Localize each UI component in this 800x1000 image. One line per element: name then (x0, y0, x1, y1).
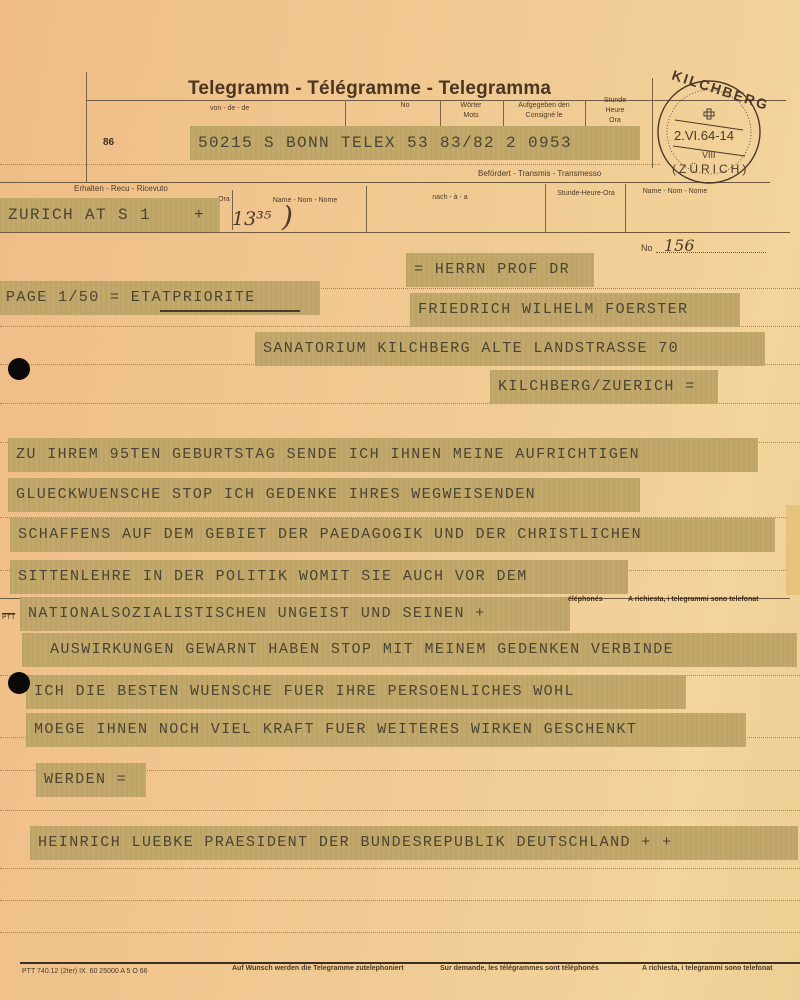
footer-fr: Sur demande, les télégrammes sont téléph… (440, 965, 599, 972)
received-mark: + (194, 206, 205, 224)
label-hour-2: Stunde-Heure-Ora (548, 189, 624, 199)
dotted-rule (0, 164, 660, 165)
form-left-border (86, 72, 87, 182)
body-line-6: AUSWIRKUNGEN GEWARNT HABEN STOP MIT MEIN… (22, 633, 797, 667)
ruled-line (0, 810, 800, 811)
col-divider (545, 184, 546, 232)
address-line-1: = HERRN PROF DR (406, 253, 594, 287)
form-code: PTT 740.12 (2ter) IX. 60 25000 A 5 O 66 (22, 968, 148, 975)
stamp-region: (ZÜRICH) (672, 162, 749, 176)
label-to: nach - à - a (420, 193, 480, 203)
body-line-8: MOEGE IHNEN NOCH VIEL KRAFT FUER WEITERE… (26, 713, 746, 747)
stamp-date: 2.VI.64-14 (674, 128, 734, 143)
footer-rule (20, 962, 800, 964)
signature-strip: HEINRICH LUEBKE PRAESIDENT DER BUNDESREP… (30, 826, 798, 860)
ruled-line (0, 868, 800, 869)
ptt-mark: PTT (2, 614, 15, 621)
form-right-border (652, 78, 653, 168)
label-words: Wörter Mots (446, 101, 496, 121)
body-line-5: NATIONALSOZIALISTISCHEN UNGEIST UND SEIN… (20, 597, 570, 631)
label-no: No (641, 243, 653, 253)
form-title: Telegramm - Télégramme - Telegramma (188, 78, 551, 100)
body-line-7: ICH DIE BESTEN WUENSCHE FUER IHRE PERSOE… (26, 675, 686, 709)
footer-it: A richiesta, i telegrammi sono telefonat (642, 965, 772, 972)
mid-notice-fr: éléphonés (568, 596, 603, 603)
col-divider (366, 186, 367, 232)
row-number: 86 (103, 137, 114, 148)
col-divider (625, 184, 626, 232)
address-line-3: SANATORIUM KILCHBERG ALTE LANDSTRASSE 70 (255, 332, 765, 366)
ruled-line (0, 932, 800, 933)
body-line-9: WERDEN = (36, 763, 146, 797)
punch-hole (8, 358, 30, 380)
received-line: ZURICH AT S 1 (8, 206, 151, 224)
paper-tear (786, 505, 800, 595)
ruled-line (0, 900, 800, 901)
received-bracket: ) (282, 200, 293, 233)
mid-notice-it: A richiesta, i telegrammi sono telefonat (628, 596, 758, 603)
body-line-2: GLUECKWUENSCHE STOP ICH GEDENKE IHRES WE… (8, 478, 640, 512)
label-from: von - de - de (210, 104, 310, 114)
address-line-4: KILCHBERG/ZUERICH = (490, 370, 718, 404)
label-handed-in: Aufgegeben den Consigné le (505, 101, 583, 121)
received-time: 13³⁵ (232, 208, 271, 230)
stamp-sub: VIII (702, 150, 716, 160)
label-name-2: Name - Nom - Nome (630, 187, 720, 197)
body-line-3: SCHAFFENS AUF DEM GEBIET DER PAEDAGOGIK … (10, 518, 775, 552)
label-sent: Befördert - Transmis - Transmesso (478, 169, 601, 178)
footer-de: Auf Wunsch werden die Telegramme zutelep… (232, 965, 404, 972)
label-received: Erhalten - Recu - Ricevuto (74, 184, 168, 193)
origin-strip: 50215 S BONN TELEX 53 83/82 2 0953 (190, 126, 640, 160)
label-hour: Stunde Heure Ora (590, 96, 640, 126)
label-number: No (380, 101, 430, 111)
address-line-2: FRIEDRICH WILHELM FOERSTER (410, 293, 740, 327)
received-strip: ZURICH AT S 1 + (0, 198, 220, 232)
swiss-cross-icon (704, 109, 714, 119)
body-line-1: ZU IHREM 95TEN GEBURTSTAG SENDE ICH IHNE… (8, 438, 758, 472)
label-name: Name - Nom - Nome (260, 196, 350, 206)
no-rule (656, 252, 766, 253)
body-line-4: SITTENLEHRE IN DER POLITIK WOMIT SIE AUC… (10, 560, 628, 594)
priority-underline (160, 310, 300, 312)
received-rule (0, 232, 790, 233)
punch-hole (8, 672, 30, 694)
